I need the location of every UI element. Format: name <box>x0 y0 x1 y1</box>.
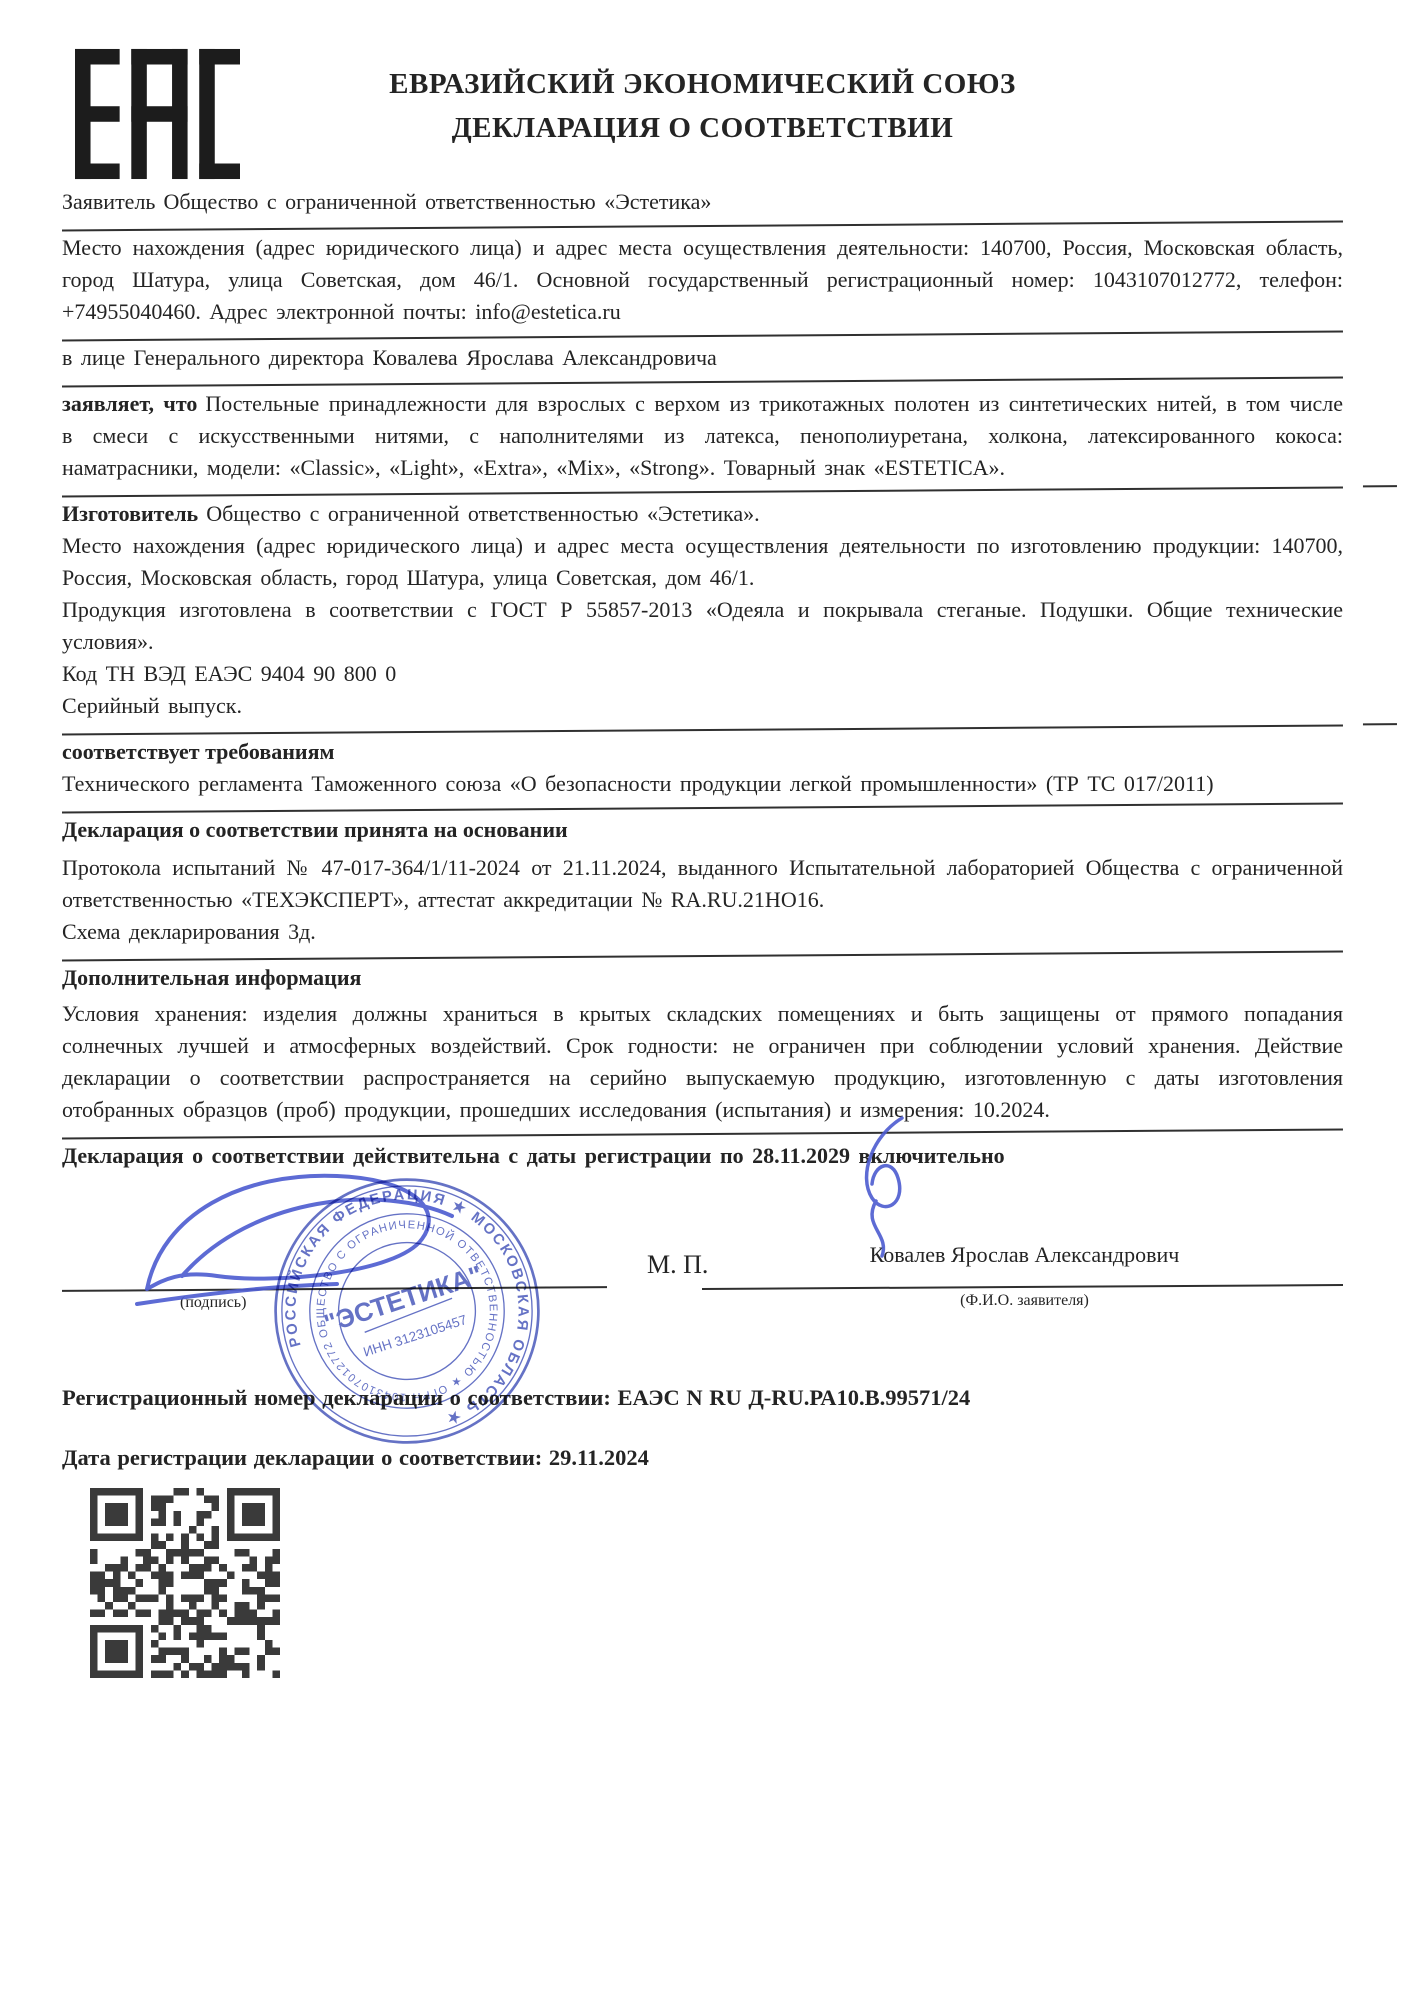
gost-line: Продукция изготовлена в соответствии с Г… <box>62 594 1343 658</box>
registration-number-line: Регистрационный номер декларации о соотв… <box>62 1382 1343 1414</box>
section-divider <box>62 725 1343 736</box>
manufacturer-line: ИзготовительОбщество с ограниченной отве… <box>62 498 1343 530</box>
protocol-text: Протокола испытаний № 47-017-364/1/11-20… <box>62 852 1343 916</box>
signature-block: РОССИЙСКАЯ ФЕДЕРАЦИЯ ★ МОСКОВСКАЯ ОБЛАСТ… <box>62 1176 1343 1376</box>
section-divider <box>62 221 1343 232</box>
fio-caption: (Ф.И.О. заявителя) <box>702 1292 1347 1310</box>
section-divider <box>62 487 1343 498</box>
product-description: Постельные принадлежности для взрослых с… <box>62 391 1343 480</box>
applicant-name: Общество с ограниченной ответственностью… <box>163 189 711 214</box>
manufacturer-name: Общество с ограниченной ответственностью… <box>206 501 759 526</box>
header-titles: ЕВРАЗИЙСКИЙ ЭКОНОМИЧЕСКИЙ СОЮЗ ДЕКЛАРАЦИ… <box>62 34 1343 150</box>
additional-info-text: Условия хранения: изделия должны хранить… <box>62 998 1343 1126</box>
section-divider <box>62 803 1343 814</box>
applicant-line: ЗаявительОбщество с ограниченной ответст… <box>62 186 1343 218</box>
document-title: ДЕКЛАРАЦИЯ О СООТВЕТСТВИИ <box>62 106 1343 150</box>
manufacturer-address: Место нахождения (адрес юридического лиц… <box>62 530 1343 594</box>
representative-line: в лице Генерального директора Ковалева Я… <box>62 342 1343 374</box>
union-title: ЕВРАЗИЙСКИЙ ЭКОНОМИЧЕСКИЙ СОЮЗ <box>62 62 1343 106</box>
serial-line: Серийный выпуск. <box>62 690 1343 722</box>
requirements-text: Технического регламента Таможенного союз… <box>62 768 1343 800</box>
applicant-label: Заявитель <box>62 189 155 214</box>
applicant-fio: Ковалев Ярослав Александрович <box>702 1242 1347 1268</box>
fio-line <box>702 1284 1343 1290</box>
seal-place-mark: М. П. <box>647 1250 708 1280</box>
eac-logo <box>75 48 240 180</box>
manufacturer-label: Изготовитель <box>62 501 198 526</box>
scheme-line: Схема декларирования 3д. <box>62 916 1343 948</box>
signature-flourish <box>832 1106 932 1266</box>
declares-label: заявляет, что <box>62 391 197 416</box>
qr-code <box>90 1488 280 1678</box>
additional-info-heading: Дополнительная информация <box>62 962 1343 994</box>
requirements-heading: соответствует требованиям <box>62 736 1343 768</box>
section-divider <box>62 377 1343 388</box>
declares-paragraph: заявляет, чтоПостельные принадлежности д… <box>62 388 1343 484</box>
applicant-address: Место нахождения (адрес юридического лиц… <box>62 232 1343 328</box>
declaration-document: ЕВРАЗИЙСКИЙ ЭКОНОМИЧЕСКИЙ СОЮЗ ДЕКЛАРАЦИ… <box>0 0 1415 2000</box>
section-divider <box>62 331 1343 342</box>
section-divider <box>62 951 1343 962</box>
tnved-line: Код ТН ВЭД ЕАЭС 9404 90 800 0 <box>62 658 1343 690</box>
section-divider <box>62 1129 1343 1140</box>
basis-heading: Декларация о соответствии принята на осн… <box>62 814 1343 846</box>
registration-date-line: Дата регистрации декларации о соответств… <box>62 1442 1343 1474</box>
document-header: ЕВРАЗИЙСКИЙ ЭКОНОМИЧЕСКИЙ СОЮЗ ДЕКЛАРАЦИ… <box>62 34 1343 186</box>
